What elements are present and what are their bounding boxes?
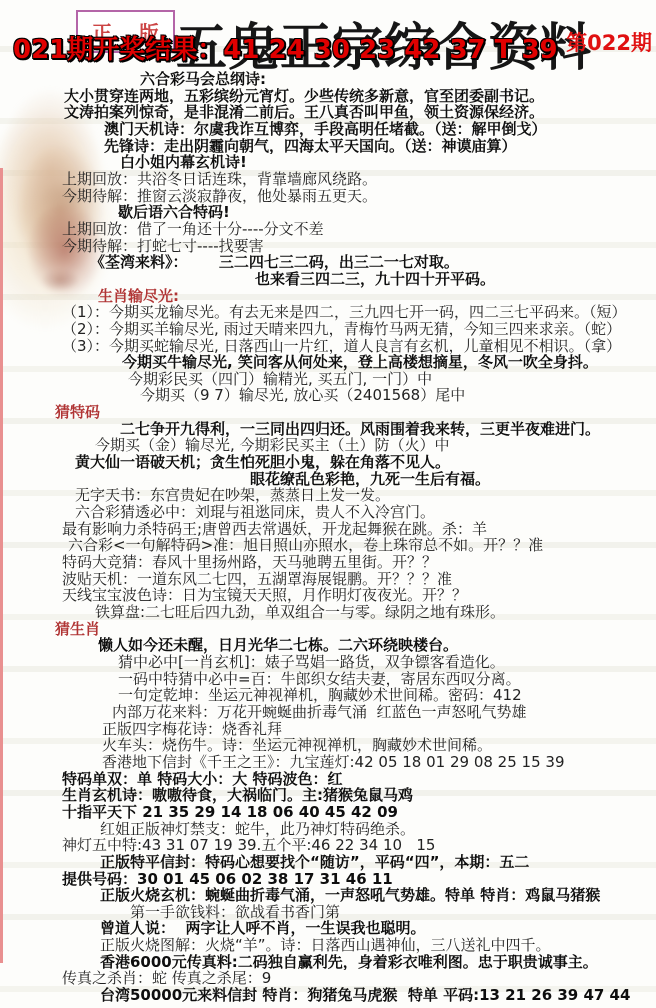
text-line: 今期待解：打蛇七寸----找要害 [0,238,656,255]
text-line: （1）：今期买龙输尽光。有去无来是四二，三九四七开一码，四二三七平码来。（短） [0,304,656,321]
text-line: 黄大仙一语破天机；贪生怕死胆小鬼，躲在角落不见人。 [0,454,656,471]
text-line: （2）：今期买羊输尽光, 雨过天晴来四九，青梅竹马两无猜，今知三四来求亲。（蛇） [0,321,656,338]
text-line: 《荃湾来料》： 三二四七三二码，出三二一七对取。 [0,254,656,271]
issue-number: 第022期 [566,27,652,57]
text-line: 第一手欲钱料：欲战看书香门第 [0,904,656,921]
text-line: 内部万花来料：万花开蜿蜒曲折毒气涌 红蓝色一声怒吼气势雄 [0,704,656,721]
text-line: （3）：今期买蛇输尽光, 日落西山一片红，道人良言有玄机，儿童相见不相识。（拿） [0,338,656,355]
text-line: 传真之杀肖：蛇 传真之杀尾：9 [0,970,656,987]
text-line: 六合彩猜透必中：刘琨与祖逖同床，贵人不入冷宫门。 [0,504,656,521]
text-line: 十指平天下 21 35 29 14 18 06 40 45 42 09 [0,804,656,821]
text-line: 也来看三四二三，九十四十开平码。 [0,271,656,288]
page-edge-line [0,168,3,963]
text-line: 今期买（金）输尽光, 今期彩民买主（土）防（火）中 [0,437,656,454]
text-line: 特码单双：单 特码大小：大 特码波色：红 [0,771,656,788]
text-line: 香港6000元传真料:二码独自赢利先，身着彩衣唯利图。忠于职贵诚事主。 [0,954,656,971]
text-line: 今期彩民买（四门）输精光, 买五门, 一门）中 [0,371,656,388]
text-line: 香港地下信封《千王之王》：九宝莲灯:42 05 18 01 29 08 25 1… [0,754,656,771]
text-line: 特码大竞猜：春风十里扬州路，天马驰聘五里街。开？？ [0,554,656,571]
text-line: 猜中必中[一肖玄机]：婊子骂娼一路货，双争镖客看造化。 [0,654,656,671]
text-line: 猜特码 [0,404,656,421]
text-line: 先锋诗：走出阴霾向朝气，四海太平天国向。（送：神谟庙算） [0,138,656,155]
text-line: 一码中特猜中必中=百：牛郎织女结夫妻，寄居东西叹分离。 [0,671,656,688]
text-line: 文涛拍案列惊奇，是非混淆二前后。王八真否叫甲鱼，领土资源保经济。 [0,104,656,121]
text-line: 波贴天机：一道东风二七四，五湖罩海展锟鹏。开？？？准 [0,571,656,588]
text-line: 红姐正版神灯禁支：蛇牛，此乃神灯特码绝杀。 [0,821,656,838]
text-line: 懒人如今还未醒，日月光华二七栋。二六环绕映楼台。 [0,637,656,654]
text-line: 六合彩<一句解特码>准：旭日照山亦照水，卷上珠帘总不如。开？？准 [0,537,656,554]
text-line: 今期买（9 7）输尽光, 放心买（2401568）尾中 [0,387,656,404]
text-line: 眼花缭乱色彩艳，九死一生后有福。 [0,471,656,488]
document-body: 六合彩马会总纲诗:大小贯穿连两地，五彩缤纷元宵灯。少些传统多新意，官至团委副书记… [0,71,656,1004]
text-line: 生肖玄机诗：嗷嗷待食，大祸临门。主:猪猴兔鼠马鸡 [0,787,656,804]
text-line: 生肖输尽光: [0,288,656,305]
text-line: 无字天书：东宫贵妃在吵架，蒸蒸日上发一发。 [0,487,656,504]
text-line: 正版火烧玄机：蜿蜒曲折毒气涌，一声怒吼气势雄。特单 特肖：鸡鼠马猪猴 [0,887,656,904]
text-line: 提供号码：30 01 45 06 02 38 17 31 46 11 [0,871,656,888]
text-line: 白小姐内幕玄机诗! [0,154,656,171]
text-line: 正版火烧图解：火烧“羊”。诗：日落西山遇神仙，三八送礼中四千。 [0,937,656,954]
text-line: 正版四字梅花诗：烧香礼拜 [0,721,656,738]
text-line: 火车头：烧伤牛。诗：坐运元神视禅机，胸藏妙术世间稀。 [0,737,656,754]
text-line: 今期待解：推窗云淡寂静夜，他处暴雨五更天。 [0,188,656,205]
text-line: 猜生肖 [0,621,656,638]
text-line: 歇后语六合特码! [0,204,656,221]
text-line: 澳门天机诗：尔虞我诈互博弈，手段高明任堵截。（送：解甲倒戈） [0,121,656,138]
text-line: 台湾50000元来料信封 特肖：狗猪兔马虎猴 特单 平码:13 21 26 39… [0,987,656,1004]
text-line: 上期回放：借了一角还十分----分文不差 [0,221,656,238]
text-line: 上期回放：共浴冬日话连珠，背靠墙廊风绕路。 [0,171,656,188]
text-line: 二七争开九得利，一三同出四归还。风雨围着我来转，三更半夜难进门。 [0,421,656,438]
text-line: 天线宝宝波色诗：日为宝镜天天照，月作明灯夜夜光。开？？ [0,587,656,604]
text-line: 一句定乾坤：坐运元神视禅机，胸藏妙术世间稀。密码：412 [0,687,656,704]
text-line: 最有影响力杀特码王;唐曾西去常遇妖，开龙起舞猴在跳。杀：羊 [0,521,656,538]
text-line: 神灯五中特:43 31 07 19 39.五个平:46 22 34 10 15 [0,837,656,854]
text-line: 曾道人说： 两字让人呼不肖，一生误我也聪明。 [0,920,656,937]
text-line: 铁算盘:二七旺后四九劲，单双组合一与零。绿阴之地有珠形。 [0,604,656,621]
draw-result-banner: 021期开奖结果：41 24 30 23 42 37 T 39 [13,29,558,66]
text-line: 六合彩马会总纲诗: [0,71,656,88]
text-line: 今期买牛输尽光, 笑问客从何处来，登上高楼想摘星，冬风一吹全身抖。 [0,354,656,371]
text-line: 大小贯穿连两地，五彩缤纷元宵灯。少些传统多新意，官至团委副书记。 [0,88,656,105]
text-line: 正版特平信封：特码心想要找个“随访”，平码“四”，本期：五二 [0,854,656,871]
